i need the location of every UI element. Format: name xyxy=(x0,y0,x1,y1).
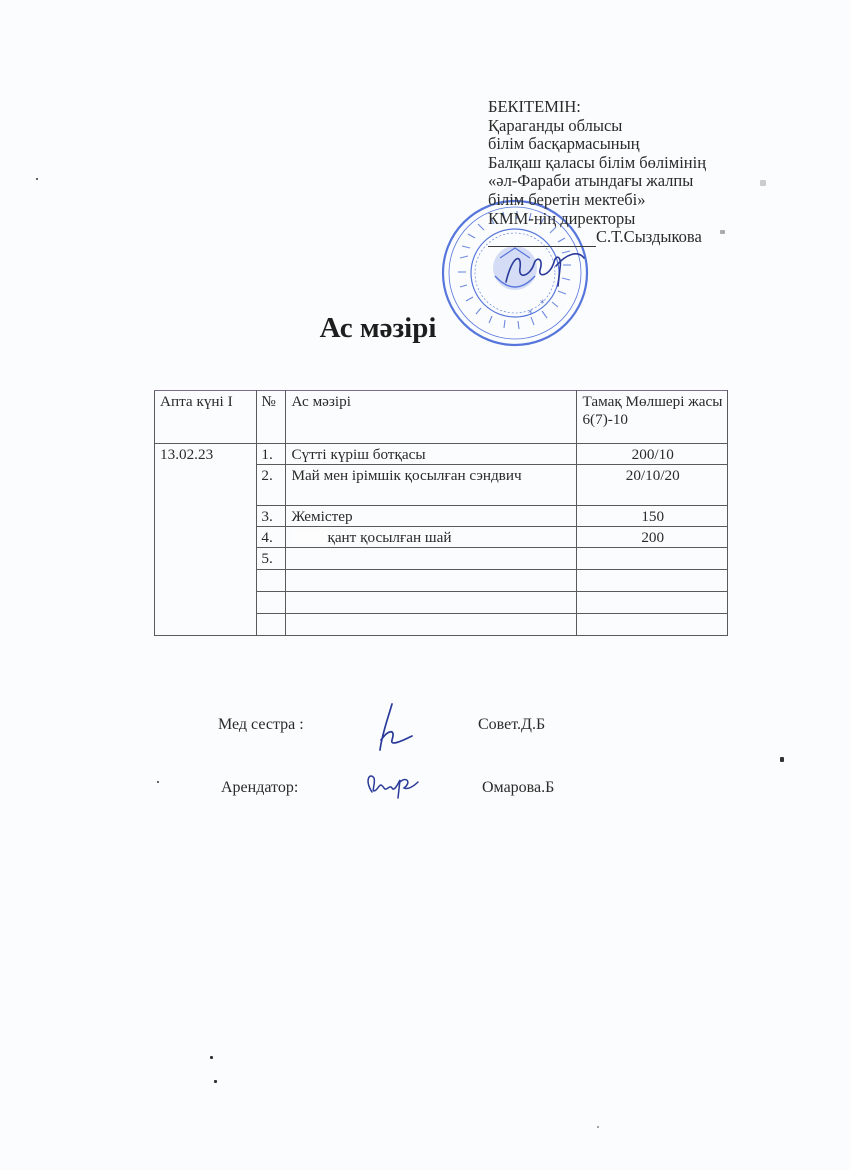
row-number: 5. xyxy=(257,548,286,570)
row-dish xyxy=(286,614,577,636)
scan-speck xyxy=(597,1126,599,1128)
approval-line-school-name: «әл-Фараби атындағы жалпы xyxy=(488,172,788,191)
nurse-name: Совет.Д.Б xyxy=(478,716,545,734)
row-number xyxy=(257,592,286,614)
row-dish xyxy=(286,570,577,592)
row-quantity xyxy=(577,592,728,614)
scan-speck xyxy=(36,178,38,180)
row-dish: қант қосылған шай xyxy=(327,529,451,546)
row-quantity xyxy=(577,614,728,636)
approval-block: БЕКІТЕМІН: Қараганды облысы білім басқар… xyxy=(488,98,788,247)
scan-speck xyxy=(210,1056,213,1059)
header-quantity: Тамақ Мөлшері жасы 6(7)-10 xyxy=(577,391,728,444)
approval-line-department: білім басқармасының xyxy=(488,135,788,154)
page-title-text: Ас мәзірі xyxy=(320,312,437,344)
row-number: 4. xyxy=(257,527,286,548)
row-dish xyxy=(286,548,577,570)
approval-line-director-title: КММ-нің директоры xyxy=(488,210,788,229)
nurse-signature-icon xyxy=(372,700,418,754)
date-cell: 13.02.23 xyxy=(155,444,257,636)
row-number: 2. xyxy=(257,465,286,506)
tenant-signature-icon xyxy=(362,770,422,800)
table-header-row: Апта күні І № Ас мәзірі Тамақ Мөлшері жа… xyxy=(155,391,728,444)
svg-text:*: * xyxy=(540,299,545,309)
approval-line-school-type: білім беретін мектебі» xyxy=(488,191,788,210)
row-dish-cell: қант қосылған шай xyxy=(286,527,577,548)
table-row: 13.02.23 1. Сүтті күріш ботқасы 200/10 xyxy=(155,444,728,465)
row-number: 3. xyxy=(257,506,286,527)
row-number: 1. xyxy=(257,444,286,465)
row-quantity: 200 xyxy=(577,527,728,548)
row-dish xyxy=(286,592,577,614)
row-quantity xyxy=(577,570,728,592)
row-dish: Сүтті күріш ботқасы xyxy=(286,444,577,465)
tenant-role-label: Арендатор: xyxy=(221,779,298,797)
approval-line-city-department: Балқаш қаласы білім бөлімінің xyxy=(488,154,788,173)
page-title: Ас мәзірі xyxy=(0,312,850,345)
row-number xyxy=(257,570,286,592)
scan-speck xyxy=(780,757,784,762)
tenant-name: Омарова.Б xyxy=(482,779,554,797)
header-dish: Ас мәзірі xyxy=(286,391,577,444)
correction-fluid-mark xyxy=(291,530,327,544)
header-day: Апта күні І xyxy=(155,391,257,444)
menu-table: Апта күні І № Ас мәзірі Тамақ Мөлшері жа… xyxy=(154,390,728,636)
row-number xyxy=(257,614,286,636)
approval-heading: БЕКІТЕМІН: xyxy=(488,98,788,117)
row-quantity xyxy=(577,548,728,570)
scan-speck xyxy=(214,1080,217,1083)
director-name: С.Т.Сыздыкова xyxy=(488,228,788,247)
row-quantity: 200/10 xyxy=(577,444,728,465)
row-quantity: 20/10/20 xyxy=(577,465,728,506)
row-dish: Май мен ірімшік қосылған сэндвич xyxy=(286,465,577,506)
director-signature-icon xyxy=(500,246,590,290)
row-quantity: 150 xyxy=(577,506,728,527)
header-number: № xyxy=(257,391,286,444)
scan-speck xyxy=(157,781,159,783)
approval-line-region: Қараганды облысы xyxy=(488,117,788,136)
nurse-role-label: Мед сестра : xyxy=(218,716,304,734)
row-dish: Жемістер xyxy=(286,506,577,527)
